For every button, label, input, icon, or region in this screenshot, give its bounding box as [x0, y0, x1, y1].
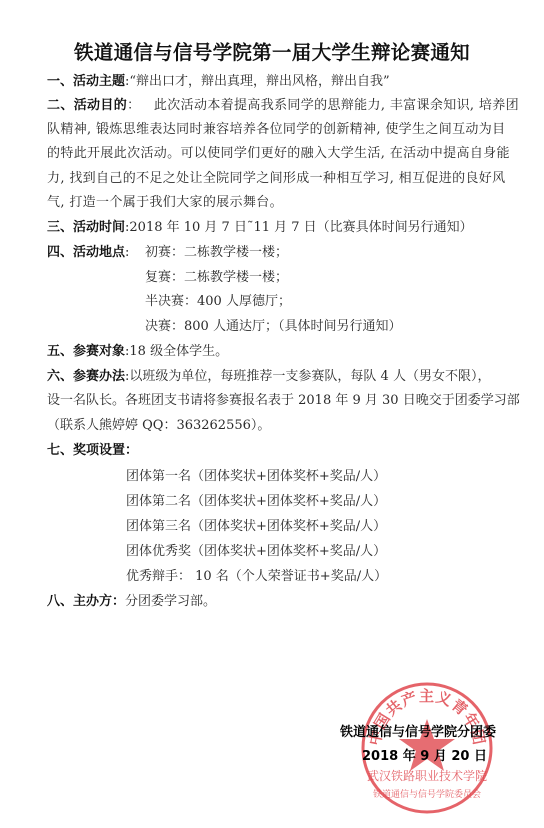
section-heading: 七、奖项设置： — [47, 443, 138, 458]
venue-item: 半决赛：400 人厚德厅； — [145, 294, 291, 310]
award-item: 优秀辩手： 10 名（个人荣誉证书+奖品/人） — [126, 569, 387, 585]
section-awards: 七、奖项设置： — [47, 443, 138, 459]
section-text: 分团委学习部。 — [125, 594, 216, 609]
venue-item: 初赛：二栋教学楼一楼； — [145, 245, 288, 261]
paragraph-line: 气, 打造一个属于我们大家的展示舞台。 — [47, 195, 283, 211]
section-purpose: 二、活动目的： 此次活动本着提高我系同学的思辩能力, 丰富课余知识, 培养团 — [47, 98, 519, 114]
section-venue: 四、活动地点: — [47, 245, 129, 261]
paragraph-line: 力, 找到自己的不足之处让全院同学之间形成一种相互学习, 相互促进的良好风 — [47, 171, 505, 187]
paragraph-line: 以班级为单位，每班推荐一支参赛队，每队 4 人（男女不限）， — [129, 369, 490, 384]
paragraph-line: 设一名队长。各班团支书请将参赛报名表于 2018 年 9 月 30 日晚交于团委… — [47, 393, 520, 409]
section-text: 18 级全体学生。 — [129, 344, 228, 359]
section-time: 三、活动时间:2018 年 10 月 7 日˜11 月 7 日（比赛具体时间另行… — [47, 220, 473, 236]
section-theme: 一、活动主题:“辩出口才，辩出真理，辩出风格，辩出自我” — [47, 74, 390, 90]
section-heading: 二、活动目的 — [47, 98, 127, 113]
award-item: 团体第二名（团体奖状+团体奖杯+奖品/人） — [126, 494, 386, 510]
section-heading: 五、参赛对象 — [47, 344, 125, 359]
paragraph-line: 的特此开展此次活动。可以使同学们更好的融入大学生活, 在活动中提高自身能 — [47, 146, 510, 162]
section-organizer: 八、主办方：分团委学习部。 — [47, 594, 216, 610]
paragraph-line: 此次活动本着提高我系同学的思辩能力, 丰富课余知识, 培养团 — [154, 98, 519, 113]
section-heading: 四、活动地点 — [47, 245, 125, 260]
document-title: 铁道通信与信号学院第一届大学生辩论赛通知 — [0, 37, 544, 65]
signature-date: 2018 年 9 月 20 日 — [362, 745, 487, 764]
section-heading: 一、活动主题 — [47, 74, 125, 89]
section-heading: 六、参赛办法 — [47, 369, 125, 384]
venue-item: 复赛：二栋教学楼一楼； — [145, 270, 288, 286]
award-item: 团体优秀奖（团体奖状+团体奖杯+奖品/人） — [126, 544, 386, 560]
section-method: 六、参赛办法:以班级为单位，每班推荐一支参赛队，每队 4 人（男女不限）， — [47, 369, 490, 385]
section-text: “辩出口才，辩出真理，辩出风格，辩出自我” — [129, 74, 389, 89]
paragraph-line: 队精神, 锻炼思维表达同时兼容培养各位同学的创新精神, 使学生之间互动为目 — [47, 122, 505, 138]
award-item: 团体第三名（团体奖状+团体奖杯+奖品/人） — [126, 519, 386, 535]
signature-org: 铁道通信与信号学院分团委 — [340, 721, 496, 740]
award-item: 团体第一名（团体奖状+团体奖杯+奖品/人） — [126, 469, 386, 485]
section-text: 2018 年 10 月 7 日˜11 月 7 日（比赛具体时间另行通知） — [129, 220, 472, 235]
section-participants: 五、参赛对象:18 级全体学生。 — [47, 344, 228, 360]
paragraph-line: （联系人熊婷婷 QQ：363262556）。 — [47, 418, 270, 434]
section-heading: 八、主办方： — [47, 594, 125, 609]
venue-item: 决赛：800 人通达厅；（具体时间另行通知） — [145, 319, 401, 335]
svg-text:武汉铁路职业技术学院: 武汉铁路职业技术学院 — [367, 768, 487, 783]
svg-text:铁道通信与信号学院委员会: 铁道通信与信号学院委员会 — [373, 788, 481, 800]
section-heading: 三、活动时间 — [47, 220, 125, 235]
